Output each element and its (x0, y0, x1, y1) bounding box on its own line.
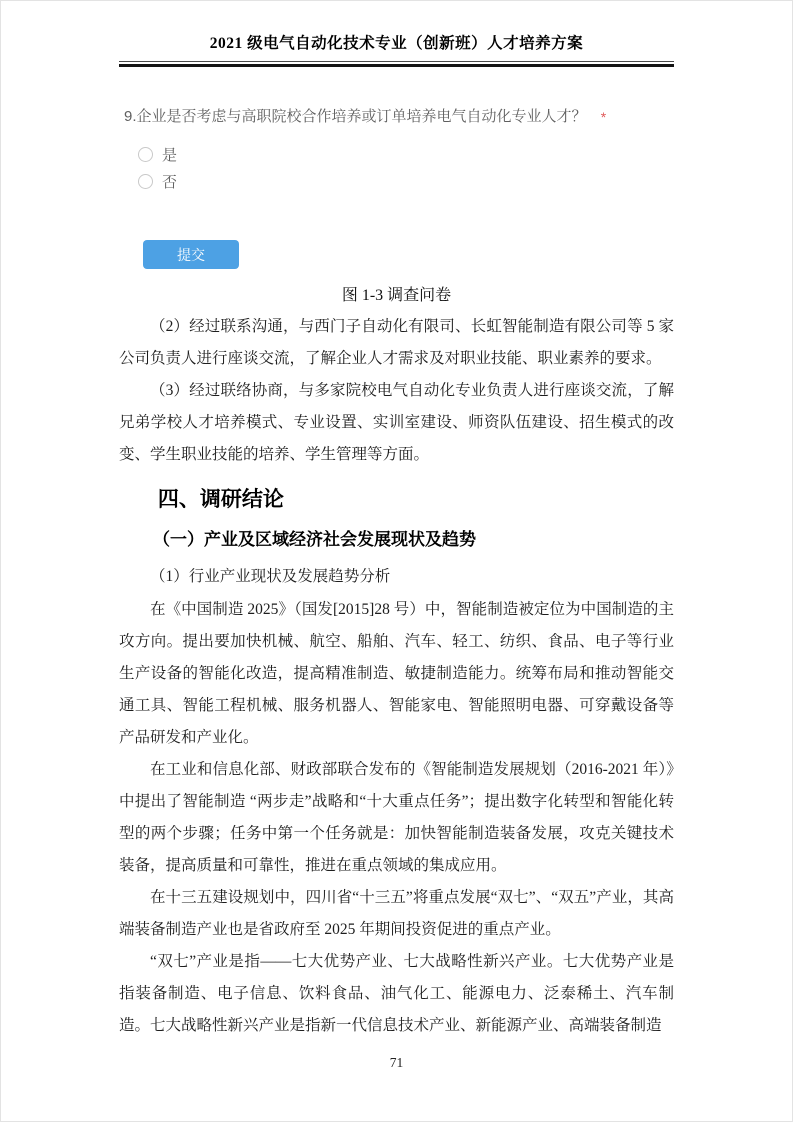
radio-button-icon[interactable] (138, 147, 153, 162)
item-industry-trend-analysis: （1）行业产业现状及发展趋势分析 (119, 566, 674, 588)
option-label-no: 否 (162, 171, 177, 192)
page-number: 71 (1, 1055, 792, 1071)
paragraph-china-manufacturing-2025: 在《中国制造 2025》（国发[2015]28 号）中，智能制造被定位为中国制造… (119, 594, 674, 754)
paragraph-company-interviews: （2）经过联系沟通，与西门子自动化有限司、长虹智能制造有限公司等 5 家公司负责… (119, 311, 674, 375)
page-content: 2021 级电气自动化技术专业（创新班）人才培养方案 9.企业是否考虑与高职院校… (1, 1, 792, 1042)
paragraph-double-seven-industries: “双七”产业是指——七大优势产业、七大战略性新兴产业。七大优势产业是指装备制造、… (119, 946, 674, 1042)
heading-survey-conclusion: 四、调研结论 (119, 487, 674, 513)
document-page: 2021 级电气自动化技术专业（创新班）人才培养方案 9.企业是否考虑与高职院校… (0, 0, 793, 1122)
paragraph-smart-manufacturing-plan: 在工业和信息化部、财政部联合发布的《智能制造发展规划（2016-2021 年）》… (119, 754, 674, 882)
option-row-no[interactable]: 否 (138, 168, 674, 195)
survey-question-text: 9.企业是否考虑与高职院校合作培养或订单培养电气自动化专业人才？ (124, 108, 587, 125)
subheading-industry-development-status: （一）产业及区域经济社会发展现状及趋势 (119, 529, 674, 551)
header-divider-line (119, 61, 674, 67)
survey-question: 9.企业是否考虑与高职院校合作培养或订单培养电气自动化专业人才？ * (124, 107, 674, 127)
radio-button-icon[interactable] (138, 174, 153, 189)
option-row-yes[interactable]: 是 (138, 141, 674, 168)
required-asterisk-icon: * (601, 109, 606, 125)
paragraph-sichuan-13th-five-year: 在十三五建设规划中，四川省“十三五”将重点发展“双七”、“双五”产业，其高端装备… (119, 882, 674, 946)
submit-button[interactable]: 提交 (143, 240, 239, 269)
figure-caption: 图 1-3 调查问卷 (119, 282, 674, 305)
option-label-yes: 是 (162, 144, 177, 165)
paragraph-college-interviews: （3）经过联络协商，与多家院校电气自动化专业负责人进行座谈交流，了解兄弟学校人才… (119, 375, 674, 471)
page-header-title: 2021 级电气自动化技术专业（创新班）人才培养方案 (119, 31, 674, 53)
survey-options: 是 否 (124, 141, 674, 195)
survey-form: 9.企业是否考虑与高职院校合作培养或订单培养电气自动化专业人才？ * 是 否 提… (119, 107, 674, 269)
